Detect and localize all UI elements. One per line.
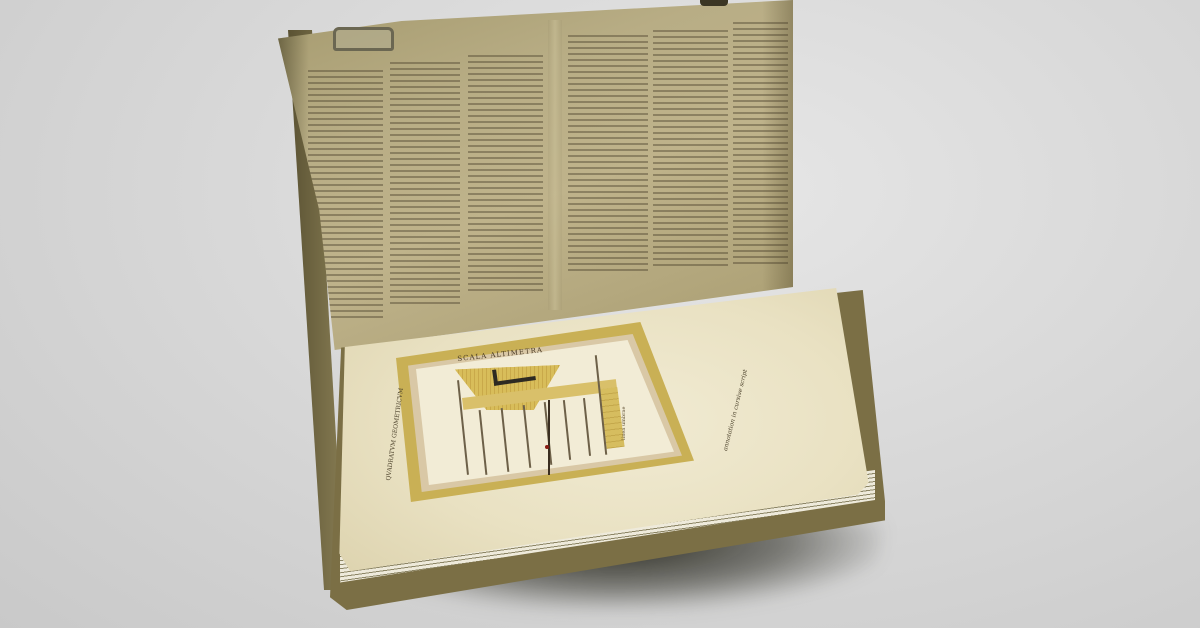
text-column <box>390 62 460 307</box>
clasp-icon <box>333 27 394 51</box>
upper-text-page <box>278 0 793 350</box>
text-column <box>653 30 728 270</box>
scale-label: linea umbrae <box>621 407 627 440</box>
red-marker <box>545 445 549 449</box>
photo-scene: SCALA ALTIMETRA QVADRATVM GEOMETRICVM an… <box>0 0 1200 628</box>
text-column <box>568 35 648 275</box>
plumb-line <box>548 400 550 475</box>
page-fold <box>548 20 562 310</box>
text-column <box>468 55 543 295</box>
clasp-icon <box>700 0 728 6</box>
text-column <box>733 22 788 267</box>
